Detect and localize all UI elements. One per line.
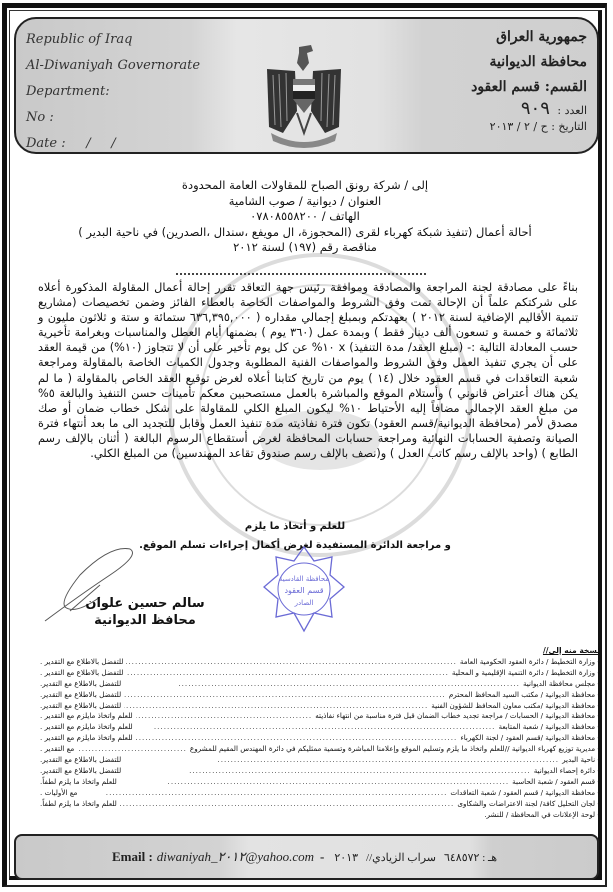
list-item: - محافظة الديوانية /مكتب معاون المحافظ ل… <box>40 701 600 712</box>
country-ar: جمهورية العراق <box>471 25 587 50</box>
list-item: - مجلس محافظة الديوانية.................… <box>40 679 600 690</box>
list-item: - محافظة الديوانية /قسم العقود / لجنة ال… <box>40 733 600 744</box>
signatory-block: سالم حسين علوان محافظ الديوانية <box>70 595 220 629</box>
list-item: - لجان التحليل كافة/ لجنة الاعتراضات وال… <box>40 799 600 810</box>
governorate-ar: محافظة الديوانية <box>471 50 587 75</box>
department-ar: القسم: قسم العقود <box>471 75 587 100</box>
typist-initials: سراب الزيادي// <box>366 851 436 864</box>
letter-subject: أحالة أعمال (تنفيذ شبكة كهرباء لقرى (الم… <box>40 225 570 241</box>
date-value: ح / ٢ / ٢٠١٣ <box>490 120 548 133</box>
recipient-name: إلى / شركة رونق الصباح للمقاولات العامة … <box>40 178 570 194</box>
phone-number: ٦٤٨٥٧٢ <box>444 852 479 864</box>
letter-date: التاريخ : ح / ٢ / ٢٠١٣ <box>471 118 587 136</box>
governorate-en: Al-Diwaniyah Governorate <box>26 53 200 79</box>
list-item: - قسم العقود / شعبة الحاسبة.............… <box>40 777 600 788</box>
dotted-divider <box>176 273 426 275</box>
iraq-eagle-emblem-icon <box>259 41 349 151</box>
department-en: Department: <box>26 79 200 105</box>
list-item: - ناحية البدير..........................… <box>40 755 600 766</box>
letterhead-arabic: جمهورية العراق محافظة الديوانية القسم: ق… <box>471 25 587 136</box>
closing-line-1: للعلم و أتخاذ ما يلزم <box>120 517 470 536</box>
letterhead-english: Republic of Iraq Al-Diwaniyah Governorat… <box>26 27 200 154</box>
letter-footer: Email : diwaniyah_٢٠١٢@yahoo.com - ٢٠١٣ … <box>14 834 599 880</box>
date-label: التاريخ : <box>551 120 587 133</box>
reference-number: العدد : ٩٠٩ <box>471 100 587 118</box>
number-label: العدد : <box>557 104 587 117</box>
footer-phone: هـ : ٦٤٨٥٧٢ <box>444 851 497 864</box>
tender-number: مناقصة رقم (١٩٧) لسنة ٢٠١٢ <box>40 240 570 256</box>
recipient-block: إلى / شركة رونق الصباح للمقاولات العامة … <box>40 178 570 256</box>
phone-label: هـ : <box>482 852 497 864</box>
list-item: - محافظة الديوانية / شعبة المتابعة......… <box>40 722 600 733</box>
email-label: Email : <box>112 849 153 865</box>
number-value: ٩٠٩ <box>521 98 550 119</box>
svg-text:محافظة القادسية: محافظة القادسية <box>279 575 329 583</box>
recipient-address: العنوان / ديوانية / صوب الشامية <box>40 194 570 210</box>
list-item: - مديرية توزيع كهرباء الديوانية //للعلم … <box>40 744 600 755</box>
signatory-name: سالم حسين علوان <box>70 595 220 612</box>
country-en: Republic of Iraq <box>26 27 200 53</box>
footer-year: ٢٠١٣ <box>334 851 358 864</box>
list-item: - محافظة الديوانية / قسم العقود / شعبة ا… <box>40 788 600 799</box>
number-en: No : <box>26 105 200 131</box>
list-item: - وزارة التخطيط / دائرة العقود الحكومية … <box>40 657 600 668</box>
list-item: - محافظة الديوانية / مكتب السيد المحافظ … <box>40 690 600 701</box>
letter-body: بناءً على مصادقة لجنة المراجعة والمصادقة… <box>38 280 578 461</box>
list-item: - محافظة الديوانية / الحسابات / مراجعة ت… <box>40 711 600 722</box>
footer-separator: - <box>320 849 324 865</box>
recipient-phone: الهاتف / ٠٧٨٠٨٥٥٨٢٠٠ <box>40 209 570 225</box>
email-address: diwaniyah_٢٠١٢@yahoo.com <box>157 849 314 865</box>
copies-title: نسخة منه إلى// <box>40 646 600 657</box>
list-item: - دائرة إحصاء الديوانية.................… <box>40 766 600 777</box>
svg-text:الصادر: الصادر <box>294 599 314 607</box>
letterhead: Republic of Iraq Al-Diwaniyah Governorat… <box>14 17 599 154</box>
svg-text:قسم العقود: قسم العقود <box>284 586 323 595</box>
signatory-title: محافظ الديوانية <box>70 612 220 629</box>
date-en: Date : / / <box>26 131 200 154</box>
list-item: - لوحة الإعلانات في المحافظة / للنشر. <box>40 810 600 821</box>
copies-to-list: نسخة منه إلى// - وزارة التخطيط / دائرة ا… <box>40 646 600 821</box>
official-stamp-icon: محافظة القادسية قسم العقود الصادر <box>262 545 346 637</box>
list-item: - وزارة التخطيط / دائرة التنمية الإقليمي… <box>40 668 600 679</box>
